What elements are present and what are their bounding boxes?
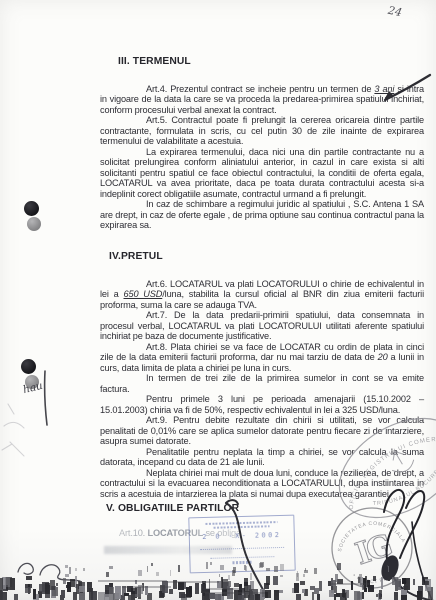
paragraph: Art.7. De la data predarii-primirii spat… [100, 310, 424, 342]
text-run: In termen de trei zile de la primirea su… [100, 373, 424, 394]
text-run: Art.5. Contractul poate fi prelungit la … [100, 115, 424, 146]
text-run: Art.10. [119, 528, 148, 538]
handwritten-page-number: 24 [387, 4, 403, 20]
punch-hole-mark [24, 201, 39, 216]
text-run: Art.7. De la data predarii-primirii spat… [100, 310, 424, 341]
text-run: In caz de schimbare a regimului juridic … [100, 199, 424, 230]
punch-hole-mark [21, 359, 36, 374]
pen-stroke [210, 497, 280, 600]
bottom-scribble [12, 556, 96, 582]
paragraph: Art.6. LOCATARUL va plati LOCATORULUI o … [100, 279, 424, 311]
paragraph: In termen de trei zile de la primirea su… [100, 373, 424, 394]
paragraph: In caz de schimbare a regimului juridic … [100, 199, 424, 231]
text-run: 650 USD [124, 289, 163, 299]
text-run: Art.4. Prezentul contract se incheie pen… [146, 84, 374, 94]
text-run: Art.8. Plata chiriei se va face de LOCAT… [100, 342, 424, 363]
signature [330, 478, 436, 600]
check-mark-icon [372, 66, 436, 110]
paragraph: La expirarea termenului, daca nici una d… [100, 147, 424, 200]
punch-hole-mark [27, 217, 41, 231]
text-run: La expirarea termenului, daca nici una d… [100, 147, 424, 199]
scanned-contract-page: III. TERMENULArt.4. Prezentul contract s… [0, 0, 436, 600]
section-heading: IV.PRETUL [109, 252, 424, 263]
paragraph: Art.5. Contractul poate fi prelungit la … [100, 115, 424, 147]
text-run: 20 [378, 352, 388, 362]
paragraph: Art.8. Plata chiriei se va face de LOCAT… [100, 342, 424, 374]
pencil-scribbles [0, 398, 70, 468]
